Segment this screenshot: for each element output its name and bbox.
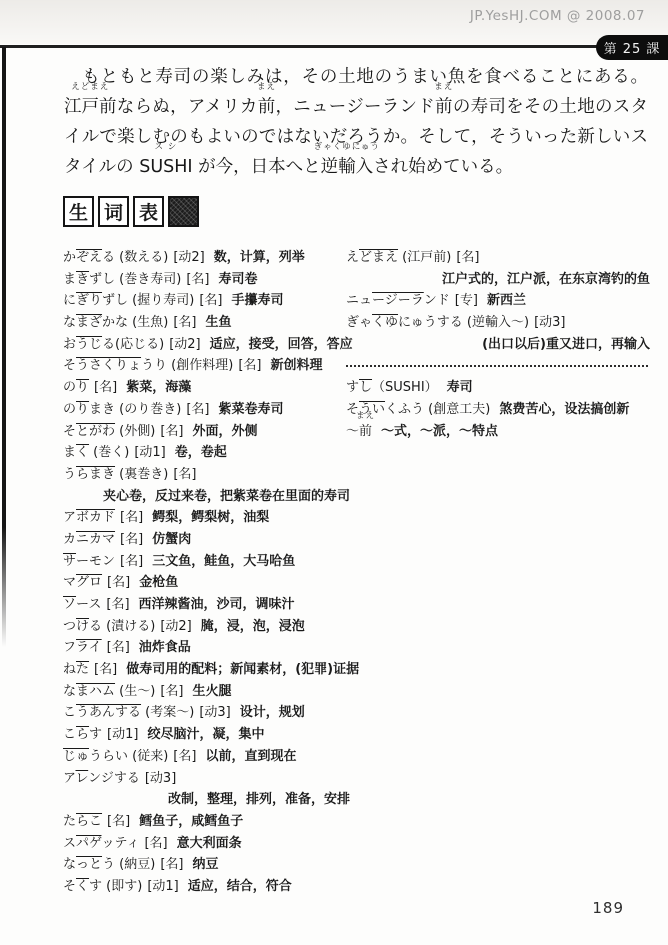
- ruby-base: SUSHI: [139, 157, 192, 177]
- pitch-accent: く: [76, 445, 89, 460]
- vocab-pos: [名]: [144, 836, 167, 851]
- vocab-term: マグロ: [63, 575, 102, 590]
- vocab-term: そとがわ (外側): [63, 424, 155, 439]
- vocab-meaning: 生鱼: [205, 315, 231, 330]
- vocab-entry: まきずし (巻き寿司)[名]寿司卷: [63, 269, 350, 291]
- vocab-meaning: 手攥寿司: [231, 293, 283, 308]
- vocab-meaning: 煞费苦心，设法搞创新: [499, 402, 629, 417]
- vocab-pos: [名]: [199, 293, 222, 308]
- vocab-entry: つける (漬ける)[动2]腌，浸，泡，浸泡: [63, 616, 350, 638]
- vocab-entry: ソース[名]西洋辣酱油，沙司，调味汁: [63, 594, 350, 616]
- pitch-accent: ニカマ: [76, 532, 115, 547]
- vocab-term: たらこ: [63, 814, 102, 829]
- vocab-pos: [名]: [107, 640, 130, 655]
- pitch-accent: じゅ: [63, 749, 89, 764]
- vocab-pos: [名]: [186, 402, 209, 417]
- vocab-pos: [名]: [106, 597, 129, 612]
- vocab-pos: [名]: [94, 380, 117, 395]
- vocab-header-char-3: 表: [133, 196, 164, 227]
- vocab-entry: そういくふう (創意工夫)煞费苦心，设法搞创新: [346, 399, 650, 421]
- vocab-pos: [名]: [186, 272, 209, 287]
- vocab-term: まきずし (巻き寿司): [63, 272, 181, 287]
- pitch-accent: とがわ: [76, 424, 115, 439]
- vocab-meaning: 江户式的，江户派，在东京湾钓的鱼: [442, 272, 650, 287]
- vocab-entry: うらまき (裏巻き)[名]: [63, 464, 350, 486]
- vocab-meaning: 西洋辣酱油，沙司，调味汁: [139, 597, 295, 612]
- pitch-accent: し: [359, 380, 372, 395]
- vocab-meaning: 设计，规划: [240, 705, 305, 720]
- ruby-word: 前まえ: [359, 421, 372, 443]
- vocab-meaning: 三文鱼，鲑鱼，大马哈鱼: [152, 554, 295, 569]
- ruby-gyakuyunyu: 逆輸入ぎゃくゆにゅう: [321, 152, 374, 182]
- vocab-term: じゅうらい (従来): [63, 749, 168, 764]
- vocab-term: こうあんする (考案～): [63, 705, 194, 720]
- vocab-pos: [动3]: [145, 771, 176, 786]
- vocab-entry: ぎゃくゆにゅうする (逆輸入～)[动3]: [346, 312, 650, 334]
- vocab-meaning: (出口以后)重又进口，再输入: [482, 337, 650, 352]
- vocab-right-column: えどまえ (江戸前)[名]江户式的，江户派，在东京湾钓的鱼ニュージーランド[专]…: [346, 247, 650, 442]
- vocab-term: えどまえ (江戸前): [346, 250, 451, 265]
- vocab-meaning: 卷，卷起: [175, 445, 227, 460]
- vocab-meaning: 纳豆: [192, 857, 218, 872]
- vocab-meaning: 紫菜，海藻: [126, 380, 191, 395]
- vocab-entry: ～前まえ～式，～派，～特点: [346, 421, 650, 443]
- vocab-meaning: 适应，接受，回答，答应: [210, 337, 353, 352]
- pitch-accent: く: [76, 879, 89, 894]
- intro-text: が今，日本へと: [193, 157, 321, 177]
- pitch-accent: グロ: [76, 575, 102, 590]
- vocab-entry: のり[名]紫菜，海藻: [63, 377, 350, 399]
- vocab-meaning-continuation: 江户式的，江户派，在东京湾钓的鱼: [346, 269, 650, 291]
- vocab-meaning: ～式，～派，～特点: [381, 424, 498, 439]
- vocab-pos: [名]: [238, 358, 261, 373]
- scanned-textbook-page: JP.YesHJ.COM @ 2008.07 第 25 課 もともと寿司の楽しみ…: [0, 0, 668, 945]
- vocab-meaning: 腌，浸，泡，浸泡: [201, 619, 305, 634]
- pitch-accent: け: [76, 619, 89, 634]
- vocab-pos: [动2]: [169, 337, 200, 352]
- lesson-badge: 第 25 課: [596, 35, 668, 60]
- pitch-accent: パゲ: [76, 836, 101, 851]
- vocab-meaning: 意大利面条: [177, 836, 242, 851]
- vocab-term: ぎゃくゆにゅうする (逆輸入～): [346, 315, 529, 330]
- ruby-text: えどまえ: [71, 83, 109, 92]
- vocab-pos: [名]: [107, 814, 130, 829]
- vocab-pos: [名]: [120, 510, 143, 525]
- vocab-meaning: 夹心卷，反过来卷，把紫菜卷在里面的寿司: [103, 489, 350, 504]
- vocab-pos: [动1]: [147, 879, 178, 894]
- vocab-term: ねた: [63, 662, 89, 677]
- vocab-entry: なっとう (納豆)[名]纳豆: [63, 854, 350, 876]
- vocab-meaning: 仿蟹肉: [152, 532, 191, 547]
- pitch-accent: くゆ: [372, 315, 398, 330]
- pitch-accent: ライ: [76, 640, 102, 655]
- ruby-mae-2: 前まえ: [435, 92, 453, 122]
- ruby-edomae: 江戸前えどまえ: [64, 92, 117, 122]
- ruby-text: まえ: [257, 83, 276, 92]
- pitch-accent: ら: [76, 727, 89, 742]
- vocab-pos: [名]: [107, 575, 130, 590]
- vocab-entry: サーモン[名]三文鱼，鲑鱼，大马哈鱼: [63, 551, 350, 573]
- vocab-pos: [名]: [120, 532, 143, 547]
- vocab-entry: おうじる(応じる)[动2]适应，接受，回答，答应: [63, 334, 350, 356]
- vocab-meaning: 数，计算，列举: [214, 250, 305, 265]
- vocab-meaning-continuation: (出口以后)重又进口，再输入: [346, 334, 650, 356]
- vocab-term: カニカマ: [63, 532, 115, 547]
- vocab-term: にぎりずし (握り寿司): [63, 293, 194, 308]
- vocab-pos: [名]: [94, 662, 117, 677]
- vocab-meaning: 新创料理: [270, 358, 322, 373]
- vocab-entry: なまハム (生～)[名]生火腿: [63, 681, 350, 703]
- vocab-term: サーモン: [63, 554, 115, 569]
- ruby-text: ぎゃくゆにゅう: [314, 143, 380, 152]
- vocab-entry: のりまき (のり巻き)[名]紫菜卷寿司: [63, 399, 350, 421]
- stamp-icon: [168, 196, 199, 227]
- vocab-pos: [动1]: [134, 445, 165, 460]
- ruby-text: まえ: [434, 83, 453, 92]
- pitch-accent: うさくりょ: [76, 358, 141, 373]
- pitch-accent: らまき: [76, 467, 115, 482]
- vocab-entry: スパゲッティ[名]意大利面条: [63, 833, 350, 855]
- vocab-entry: えどまえ (江戸前)[名]: [346, 247, 650, 269]
- pitch-accent: うあんする: [76, 705, 141, 720]
- vocab-pos: [名]: [173, 467, 196, 482]
- vocab-entry: すし（SUSHI）寿司: [346, 377, 650, 399]
- vocab-pos: [动2]: [160, 619, 191, 634]
- vocab-pos: [名]: [456, 250, 479, 265]
- intro-text: ならぬ，アメリカ: [117, 97, 258, 117]
- vocab-meaning: 鳕鱼子，咸鳕鱼子: [139, 814, 243, 829]
- vocab-entry: まく (巻く)[动1]卷，卷起: [63, 442, 350, 464]
- vocab-meaning-continuation: 改制，整理，排列，准备，安排: [63, 789, 350, 811]
- vocab-meaning: 做寿司用的配料；新闻素材，(犯罪)证据: [126, 662, 359, 677]
- ruby-base: 江戸前: [64, 97, 117, 117]
- vocab-entry: そくす (即す)[动1]适应，结合，符合: [63, 876, 350, 898]
- vocab-pos: [名]: [160, 424, 183, 439]
- intro-text: され始めている。: [373, 157, 513, 177]
- vocab-term: すし（SUSHI）: [346, 380, 438, 395]
- vocab-entry: じゅうらい (従来)[名]以前，直到现在: [63, 746, 350, 768]
- vocab-pos: [名]: [173, 749, 196, 764]
- vocab-term: ～前まえ: [346, 424, 372, 439]
- vocab-pos: [名]: [160, 857, 183, 872]
- vocab-entry: なまざかな (生魚)[名]生鱼: [63, 312, 350, 334]
- vocab-term: のりまき (のり巻き): [63, 402, 181, 417]
- pitch-accent: っと: [76, 857, 102, 872]
- vocab-term: おうじる(応じる): [63, 337, 164, 352]
- vocab-term: つける (漬ける): [63, 619, 155, 634]
- vocab-meaning: 油炸食品: [139, 640, 191, 655]
- vocab-term: こらす: [63, 727, 102, 742]
- vocab-entry: アレンジする[动3]: [63, 768, 350, 790]
- vocab-term: ニュージーランド: [346, 293, 450, 308]
- vocab-term: のり: [63, 380, 89, 395]
- pitch-accent: サ: [63, 554, 76, 569]
- vocab-term: うらまき (裏巻き): [63, 467, 168, 482]
- vocab-pos: [动1]: [107, 727, 138, 742]
- vocab-entry: ニュージーランド[专]新西兰: [346, 290, 650, 312]
- pitch-accent: まざ: [76, 315, 102, 330]
- pitch-accent: り: [76, 402, 89, 417]
- vocab-meaning: 紫菜卷寿司: [218, 402, 283, 417]
- page-spine-line: [2, 47, 6, 647]
- vocab-entry: アボカド[名]鳄梨，鳄梨树，油梨: [63, 507, 350, 529]
- vocab-meaning: 生火腿: [192, 684, 231, 699]
- vocab-term: なっとう (納豆): [63, 857, 155, 872]
- vocab-meaning: 以前，直到现在: [205, 749, 296, 764]
- vocab-term: フライ: [63, 640, 102, 655]
- vocab-header-char-2: 词: [98, 196, 129, 227]
- vocab-header: 生 词 表: [63, 196, 199, 227]
- vocab-entry: ねた[名]做寿司用的配料；新闻素材，(犯罪)证据: [63, 659, 350, 681]
- vocab-entry: たらこ[名]鳕鱼子，咸鳕鱼子: [63, 811, 350, 833]
- vocab-meaning: 绞尽脑汁，凝，集中: [147, 727, 264, 742]
- vocab-left-column: かぞえる (数える)[动2]数，计算，列举まきずし (巻き寿司)[名]寿司卷にぎ…: [63, 247, 350, 898]
- vocab-meaning: 鳄梨，鳄梨树，油梨: [152, 510, 269, 525]
- vocab-term: アレンジする: [63, 771, 140, 786]
- vocab-term: そくす (即す): [63, 879, 142, 894]
- vocab-term: ソース: [63, 597, 101, 612]
- pitch-accent: まハム: [76, 684, 115, 699]
- ruby-base: 前: [258, 97, 276, 117]
- vocab-term: アボカド: [63, 510, 115, 525]
- pitch-accent: り: [76, 380, 89, 395]
- vocab-pos: [动3]: [534, 315, 565, 330]
- pitch-accent: らこ: [76, 814, 102, 829]
- pitch-accent: どまえ: [359, 250, 398, 265]
- pitch-accent: ージーラ: [372, 293, 424, 308]
- watermark: JP.YesHJ.COM @ 2008.07: [470, 8, 645, 24]
- vocab-entry: にぎりずし (握り寿司)[名]手攥寿司: [63, 290, 350, 312]
- vocab-term: スパゲッティ: [63, 836, 139, 851]
- vocab-entry: マグロ[名]金枪鱼: [63, 572, 350, 594]
- pitch-accent: ぞえ: [76, 250, 102, 265]
- vocab-term: なまハム (生～): [63, 684, 155, 699]
- vocab-term: かぞえる (数える): [63, 250, 168, 265]
- vocab-pos: [动2]: [173, 250, 204, 265]
- vocab-meaning-continuation: 夹心卷，反过来卷，把紫菜卷在里面的寿司: [63, 486, 350, 508]
- vocab-meaning: 外面，外侧: [192, 424, 257, 439]
- vocab-meaning: 金枪鱼: [139, 575, 178, 590]
- dotted-divider: [346, 355, 650, 377]
- vocab-pos: [名]: [160, 684, 183, 699]
- lesson-badge-label: 第 25 課: [604, 38, 661, 57]
- vocab-meaning: 适应，结合，符合: [188, 879, 292, 894]
- vocab-meaning: 改制，整理，排列，准备，安排: [168, 792, 350, 807]
- vocab-term: そうさくりょうり (創作料理): [63, 358, 233, 373]
- vocab-entry: そとがわ (外側)[名]外面，外侧: [63, 421, 350, 443]
- vocab-term: まく (巻く): [63, 445, 129, 460]
- intro-text: もともと寿司の楽しみは，その土地のうまい魚を食べることにある。: [64, 67, 648, 87]
- ruby-base: 前: [435, 97, 453, 117]
- vocab-entry: フライ[名]油炸食品: [63, 637, 350, 659]
- vocab-term: なまざかな (生魚): [63, 315, 168, 330]
- vocab-pos: [动3]: [199, 705, 230, 720]
- pitch-accent: レ: [75, 771, 88, 786]
- intro-text: ，ニュージーランド: [275, 97, 435, 117]
- pitch-accent: うじ: [76, 337, 102, 352]
- pitch-accent: ボカド: [76, 510, 115, 525]
- intro-paragraph: もともと寿司の楽しみは，その土地のうまい魚を食べることにある。江戸前えどまえなら…: [64, 62, 648, 182]
- header-rule: [0, 45, 618, 48]
- pitch-accent: た: [76, 662, 89, 677]
- vocab-meaning: 新西兰: [487, 293, 526, 308]
- vocab-pos: [名]: [120, 554, 143, 569]
- pitch-accent: ぎり: [76, 293, 102, 308]
- ruby-base: 逆輸入: [321, 157, 374, 177]
- vocab-meaning: 寿司卷: [218, 272, 257, 287]
- vocab-entry: カニカマ[名]仿蟹肉: [63, 529, 350, 551]
- vocab-entry: そうさくりょうり (創作料理)[名]新创料理: [63, 355, 350, 377]
- vocab-meaning: 寿司: [447, 380, 473, 395]
- ruby-sushi: SUSHIス シ: [139, 152, 192, 182]
- vocab-pos: [名]: [173, 315, 196, 330]
- pitch-accent: き: [76, 272, 89, 287]
- page-number: 189: [592, 899, 624, 917]
- vocab-entry: こうあんする (考案～)[动3]设计，规划: [63, 702, 350, 724]
- pitch-accent: ソ: [63, 597, 76, 612]
- vocab-entry: かぞえる (数える)[动2]数，计算，列举: [63, 247, 350, 269]
- vocab-header-char-1: 生: [63, 196, 94, 227]
- vocab-pos: [专]: [455, 293, 478, 308]
- vocab-entry: こらす[动1]绞尽脑汁，凝，集中: [63, 724, 350, 746]
- ruby-text: ス シ: [155, 143, 178, 152]
- ruby-mae-1: 前まえ: [258, 92, 276, 122]
